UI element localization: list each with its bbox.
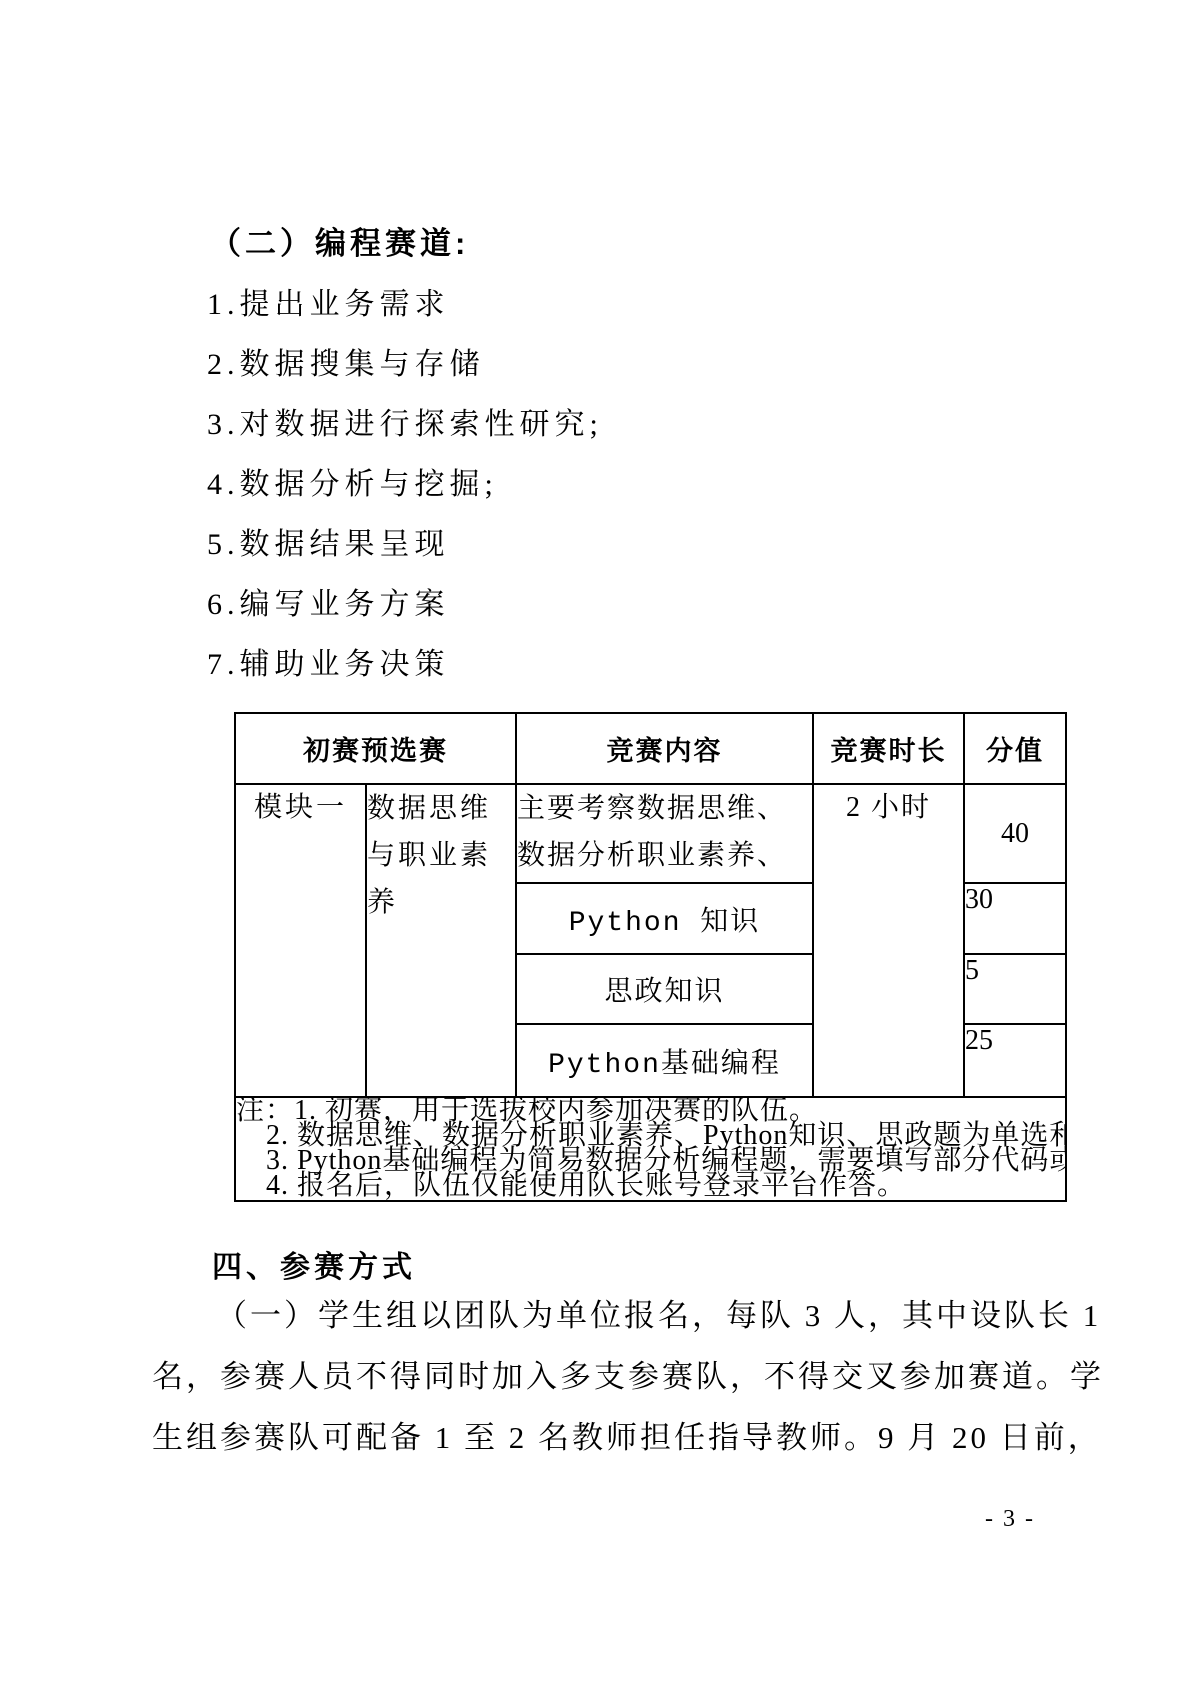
header-score: 分值: [964, 713, 1066, 784]
header-duration: 竞赛时长: [813, 713, 964, 784]
table-header-row: 初赛预选赛 竞赛内容 竞赛时长 分值: [235, 713, 1066, 784]
list-item: 7.辅助业务决策: [207, 635, 603, 695]
cell-module: 模块一: [235, 784, 366, 1097]
table-notes-row: 注：1. 初赛，用于选拔校内参加决赛的队伍。 2. 数据思维、数据分析职业素养、…: [235, 1097, 1066, 1201]
list-item: 6.编写业务方案: [207, 575, 603, 635]
list-item: 5.数据结果呈现: [207, 515, 603, 575]
cell-module-subject: 数据思维与职业素养: [366, 784, 516, 1097]
list-item: 3.对数据进行探索性研究;: [207, 395, 603, 455]
table-row: 模块一 数据思维与职业素养 主要考察数据思维、数据分析职业素养、 2 小时 40: [235, 784, 1066, 883]
numbered-step-list: 1.提出业务需求 2.数据搜集与存储 3.对数据进行探索性研究; 4.数据分析与…: [207, 275, 603, 695]
paragraph-line: （一）学生组以团队为单位报名，每队 3 人，其中设队长 1: [152, 1285, 1104, 1346]
table-notes: 注：1. 初赛，用于选拔校内参加决赛的队伍。 2. 数据思维、数据分析职业素养、…: [235, 1097, 1066, 1201]
body-paragraph: （一）学生组以团队为单位报名，每队 3 人，其中设队长 1 名，参赛人员不得同时…: [152, 1285, 1104, 1468]
paragraph-line: 名，参赛人员不得同时加入多支参赛队，不得交叉参加赛道。学: [152, 1346, 1104, 1407]
cell-content-overview: 主要考察数据思维、数据分析职业素养、: [516, 784, 813, 883]
note-line: 4. 报名后，队伍仅能使用队长账号登录平台作答。: [236, 1173, 1065, 1198]
paragraph-line: 生组参赛队可配备 1 至 2 名教师担任指导教师。9 月 20 日前，: [152, 1407, 1104, 1468]
list-item: 4.数据分析与挖掘;: [207, 455, 603, 515]
header-content: 竞赛内容: [516, 713, 813, 784]
list-item: 1.提出业务需求: [207, 275, 603, 335]
cell-content-python-knowledge: Python 知识: [516, 883, 813, 954]
cell-content-python-basic: Python基础编程: [516, 1024, 813, 1097]
section-heading-participation: 四、参赛方式: [212, 1242, 416, 1286]
competition-table: 初赛预选赛 竞赛内容 竞赛时长 分值 模块一 数据思维与职业素养 主要考察数据思…: [234, 712, 1067, 1202]
list-item: 2.数据搜集与存储: [207, 335, 603, 395]
document-page: （二）编程赛道: 1.提出业务需求 2.数据搜集与存储 3.对数据进行探索性研究…: [0, 0, 1191, 1684]
cell-score: 30: [964, 883, 1066, 954]
cell-score: 40: [964, 784, 1066, 883]
section-heading-programming-track: （二）编程赛道:: [210, 218, 469, 263]
cell-score: 5: [964, 954, 1066, 1024]
cell-score: 25: [964, 1024, 1066, 1097]
header-preliminary: 初赛预选赛: [235, 713, 516, 784]
cell-duration: 2 小时: [813, 784, 964, 1097]
page-number: - 3 -: [985, 1506, 1035, 1533]
cell-content-ideology: 思政知识: [516, 954, 813, 1024]
